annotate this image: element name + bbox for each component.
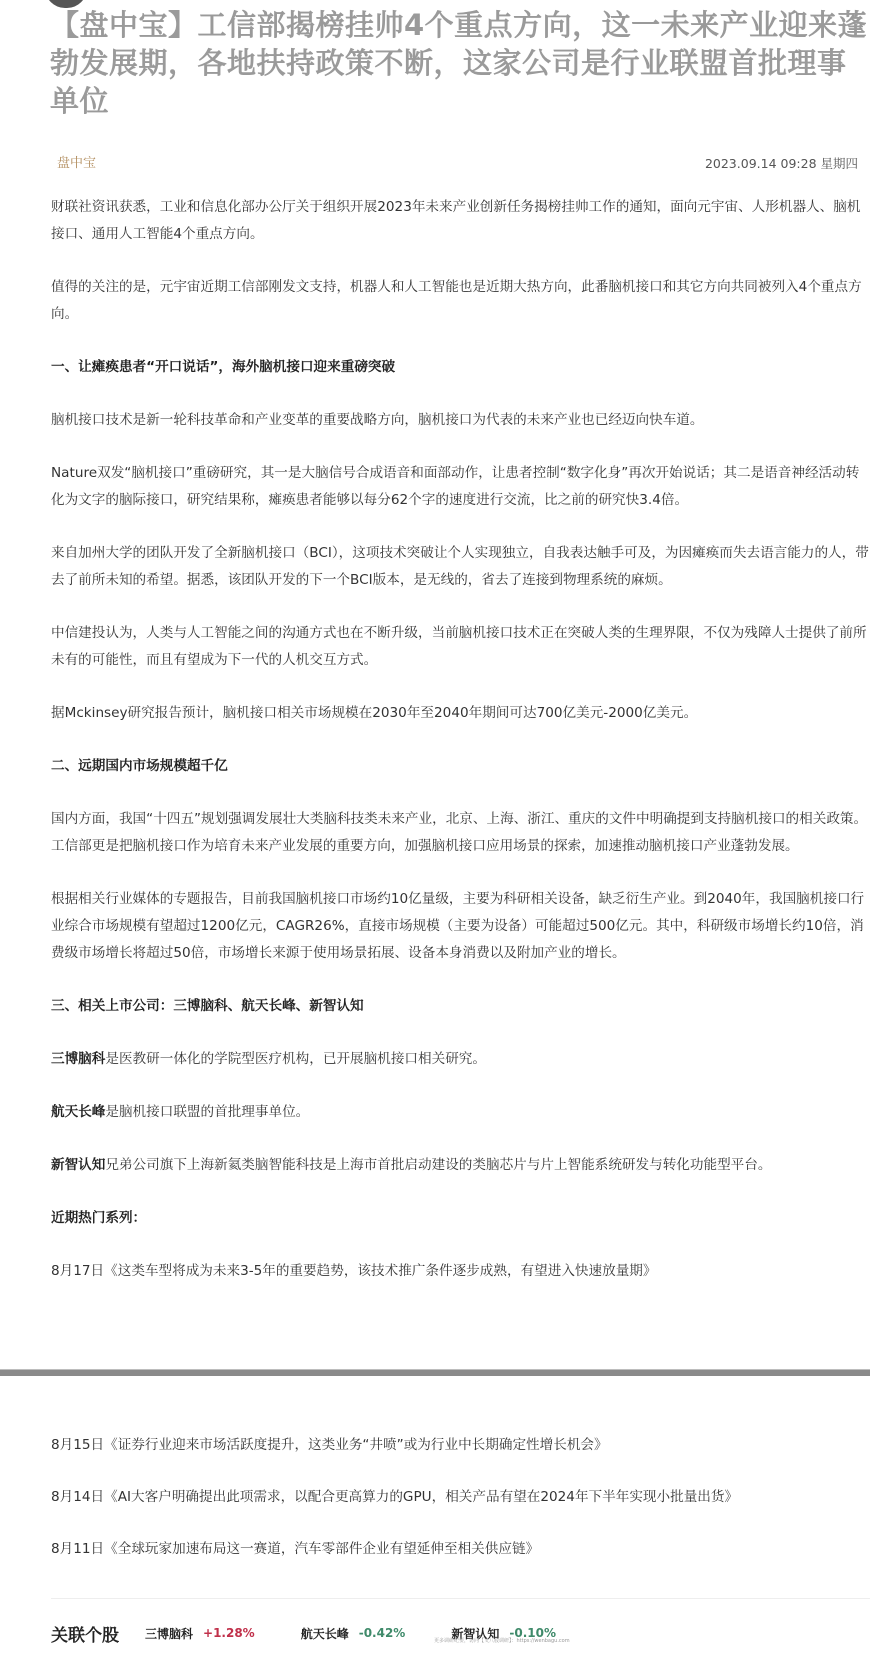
section-heading: 二、远期国内市场规模超千亿 [51, 753, 870, 780]
series-link[interactable]: 8月17日《这类车型将成为未来3-5年的重要趋势，该技术推广条件逐步成熟，有望进… [51, 1258, 870, 1285]
page-break-divider [0, 1369, 870, 1376]
company-paragraph: 新智认知兄弟公司旗下上海新氦类脑智能科技是上海市首批启动建设的类脑芯片与片上智能… [51, 1152, 870, 1179]
section-heading: 三、相关上市公司：三博脑科、航天长峰、新智认知 [51, 993, 870, 1020]
company-desc: 是医教研一体化的学院型医疗机构，已开展脑机接口相关研究。 [105, 1051, 486, 1067]
stock-name: 航天长峰 [301, 1625, 349, 1642]
series-link[interactable]: 8月15日《证券行业迎来市场活跃度提升，这类业务“井喷”或为行业中长期确定性增长… [51, 1432, 870, 1459]
series-date: 8月15日 [51, 1437, 104, 1453]
paragraph: 财联社资讯获悉，工业和信息化部办公厅关于组织开展2023年未来产业创新任务揭榜挂… [51, 194, 870, 248]
company-name: 三博脑科 [51, 1051, 105, 1067]
company-name: 新智认知 [51, 1157, 105, 1173]
related-stocks-title: 关联个股 [51, 1621, 119, 1646]
series-date: 8月17日 [51, 1263, 104, 1279]
company-paragraph: 航天长峰是脑机接口联盟的首批理事单位。 [51, 1099, 870, 1126]
company-name: 航天长峰 [51, 1104, 105, 1120]
source-label[interactable]: 盘中宝 [57, 152, 96, 171]
paragraph: 根据相关行业媒体的专题报告，目前我国脑机接口市场约10亿量级，主要为科研相关设备… [51, 886, 870, 967]
series-title: 《证券行业迎来市场活跃度提升，这类业务“井喷”或为行业中长期确定性增长机会》 [104, 1437, 607, 1453]
paragraph: 脑机接口技术是新一轮科技革命和产业变革的重要战略方向，脑机接口为代表的未来产业也… [51, 407, 870, 434]
paragraph: 中信建投认为，人类与人工智能之间的沟通方式也在不断升级，当前脑机接口技术正在突破… [51, 620, 870, 674]
paragraph: 来自加州大学的团队开发了全新脑机接口（BCI），这项技术突破让个人实现独立，自我… [51, 540, 870, 594]
company-desc: 兄弟公司旗下上海新氦类脑智能科技是上海市首批启动建设的类脑芯片与片上智能系统研发… [105, 1157, 771, 1173]
publish-datetime: 2023.09.14 09:28 星期四 [705, 154, 858, 172]
stock-change: +1.28% [203, 1626, 255, 1640]
company-paragraph: 三博脑科是医教研一体化的学院型医疗机构，已开展脑机接口相关研究。 [51, 1046, 870, 1073]
series-date: 8月14日 [51, 1489, 104, 1505]
stock-name: 三博脑科 [145, 1625, 193, 1642]
article-body: 财联社资讯获悉，工业和信息化部办公厅关于组织开展2023年未来产业创新任务揭榜挂… [51, 194, 870, 1311]
article-title: 【盘中宝】工信部揭榜挂帅4个重点方向，这一未来产业迎来蓬勃发展期，各地扶持政策不… [50, 6, 870, 120]
section-heading: 一、让瘫痪患者“开口说话”，海外脑机接口迎来重磅突破 [51, 354, 870, 381]
section-divider [51, 1598, 870, 1599]
paragraph: 据Mckinsey研究报告预计，脑机接口相关市场规模在2030年至2040年期间… [51, 700, 870, 727]
series-date: 8月11日 [51, 1541, 104, 1557]
stock-change: -0.42% [359, 1626, 406, 1640]
stock-item[interactable]: 航天长峰 -0.42% [301, 1625, 406, 1642]
series-link[interactable]: 8月11日《全球玩家加速布局这一赛道，汽车零部件企业有望延伸至相关供应链》 [51, 1536, 870, 1563]
series-title: 《全球玩家加速布局这一赛道，汽车零部件企业有望延伸至相关供应链》 [104, 1541, 539, 1557]
company-desc: 是脑机接口联盟的首批理事单位。 [105, 1104, 309, 1120]
paragraph: 国内方面，我国“十四五”规划强调发展壮大类脑科技类未来产业，北京、上海、浙江、重… [51, 806, 870, 860]
series-link[interactable]: 8月14日《AI大客户明确提出此项需求，以配合更高算力的GPU，相关产品有望在2… [51, 1484, 870, 1511]
stock-item[interactable]: 三博脑科 +1.28% [145, 1625, 255, 1642]
series-heading: 近期热门系列： [51, 1205, 870, 1232]
series-title: 《AI大客户明确提出此项需求，以配合更高算力的GPU，相关产品有望在2024年下… [104, 1489, 738, 1505]
series-list: 8月15日《证券行业迎来市场活跃度提升，这类业务“井喷”或为行业中长期确定性增长… [51, 1432, 870, 1588]
paragraph: Nature双发“脑机接口”重磅研究，其一是大脑信号合成语音和面部动作，让患者控… [51, 460, 870, 514]
watermark-text: 更多调研纪要，访问【文八股调研】：https://wenbagu.com [434, 1637, 570, 1644]
series-title: 《这类车型将成为未来3-5年的重要趋势，该技术推广条件逐步成熟，有望进入快速放量… [104, 1263, 656, 1279]
paragraph: 值得的关注的是，元宇宙近期工信部刚发文支持，机器人和人工智能也是近期大热方向，此… [51, 274, 870, 328]
